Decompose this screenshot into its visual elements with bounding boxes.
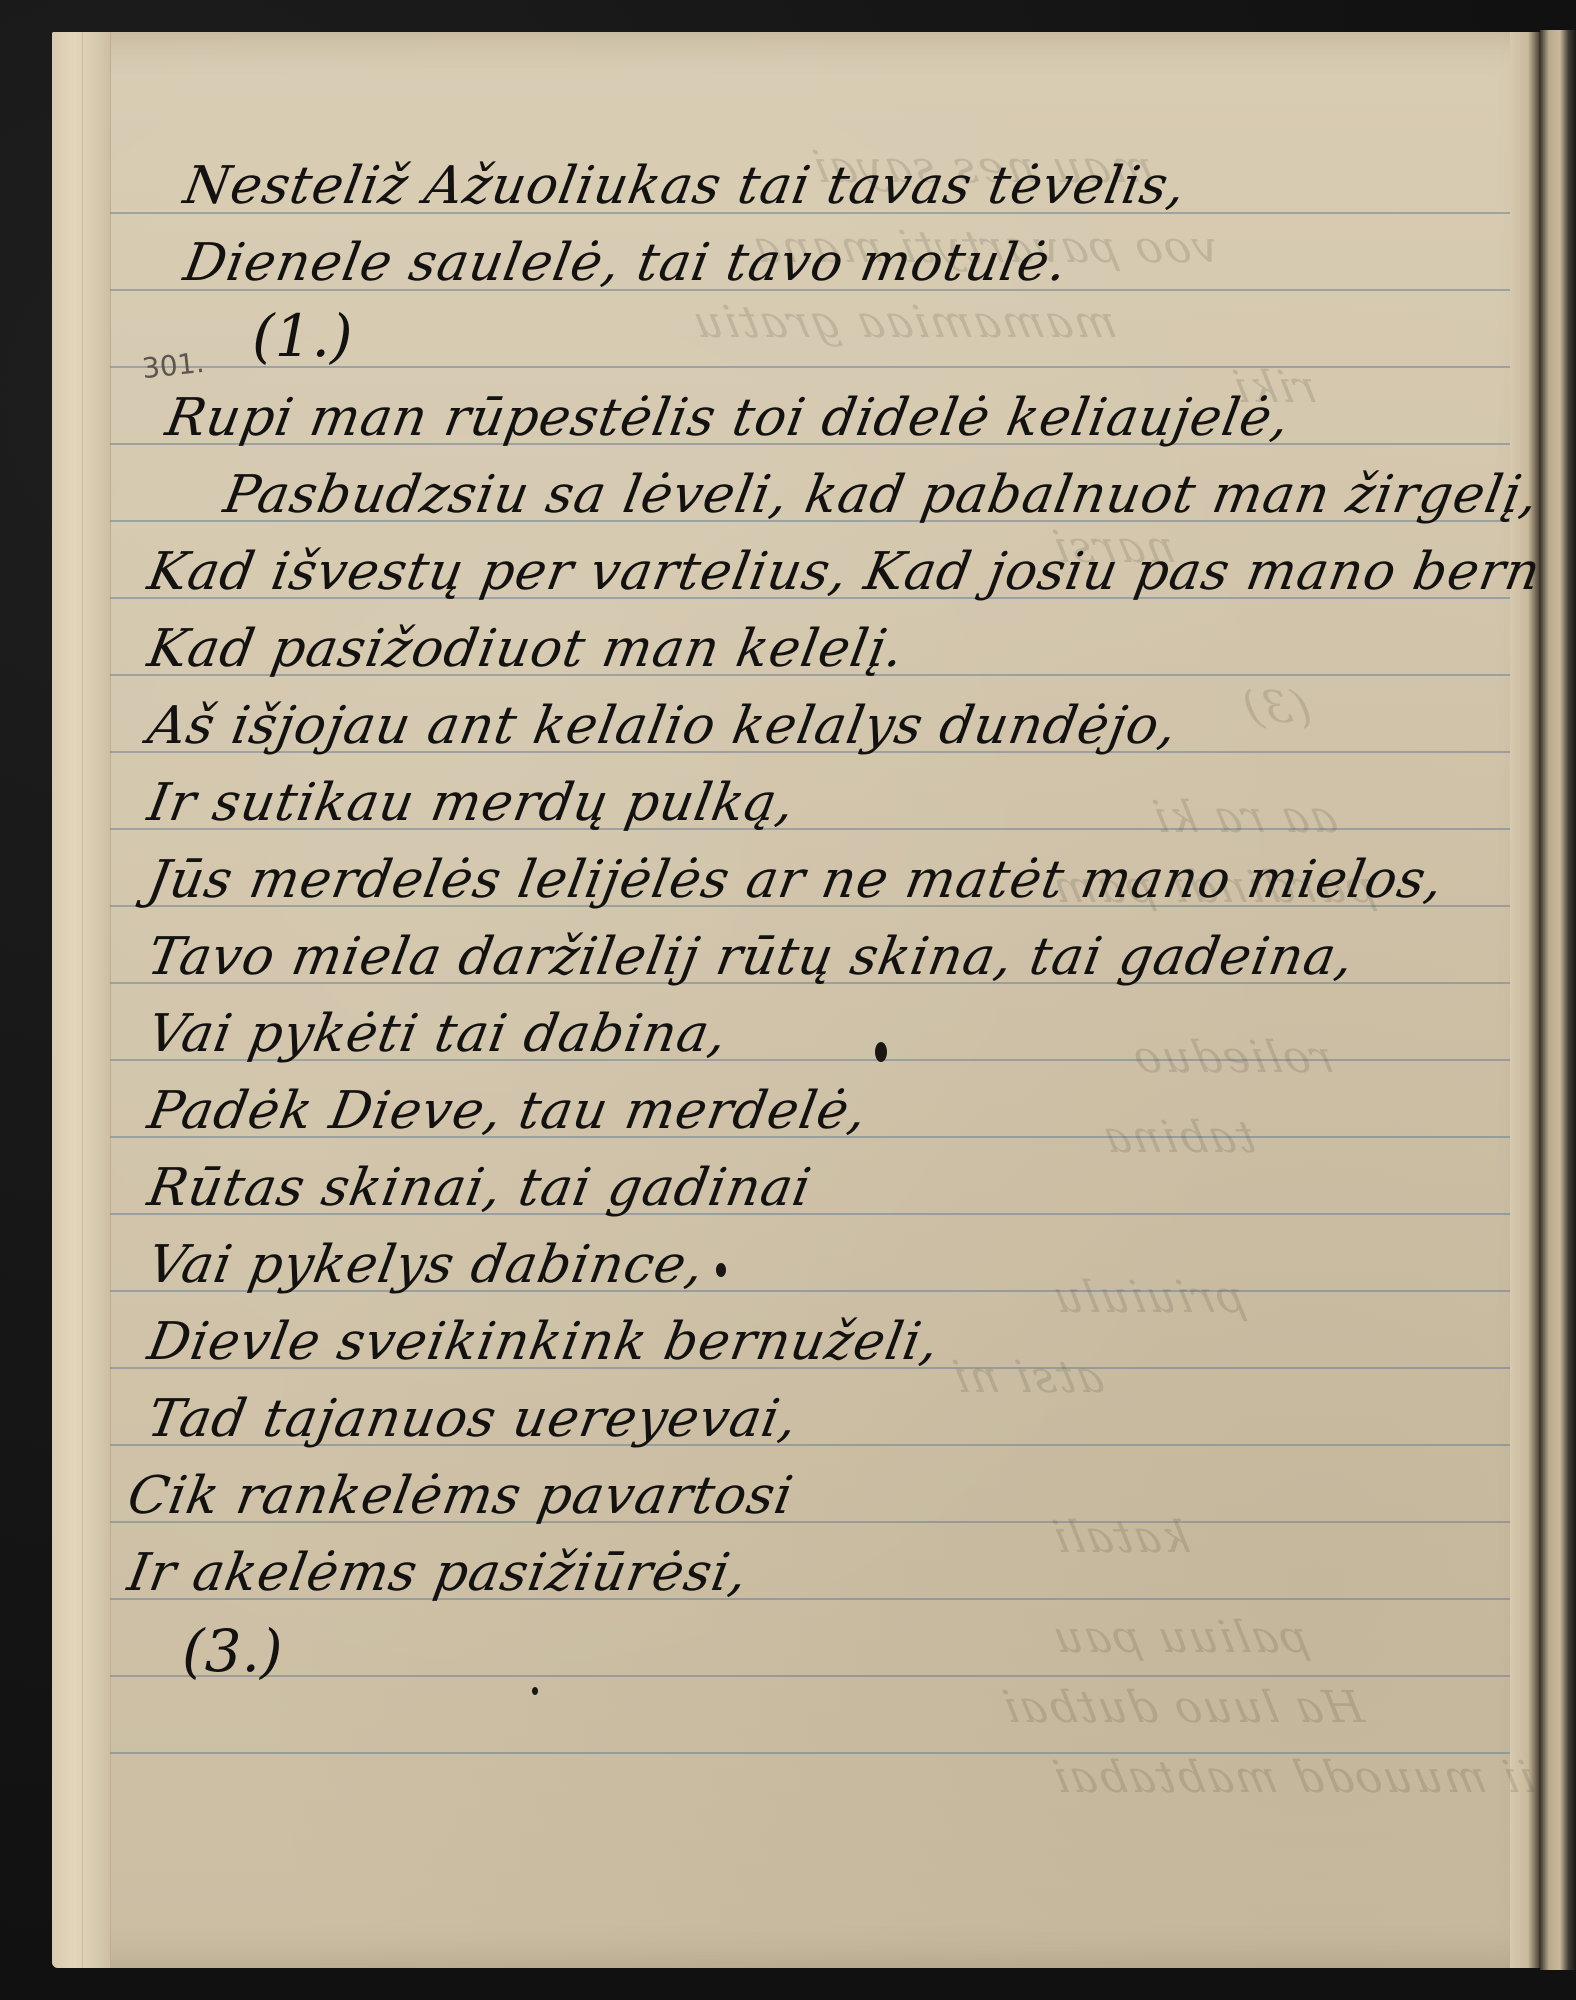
notebook-page: mau nes sayai voo pavartyti mana mamamia… — [52, 32, 1540, 1968]
song-line: Tad tajanuos uereyevai, — [144, 1393, 802, 1445]
song-line: Kad pasižodiuot man kelelį. — [144, 623, 908, 675]
song-line: Padėk Dieve, tau merdelė, — [144, 1085, 871, 1137]
song-line: Vai pykelys dabince, — [144, 1239, 708, 1291]
song-line: Cik rankelėms pavartosi — [124, 1470, 797, 1522]
intro-line-2: Dienele saulelė, tai tavo motulė. — [180, 237, 1072, 289]
ruled-line — [110, 1752, 1510, 1754]
song-line: Jūs merdelės lelijėlės ar ne matėt mano … — [144, 854, 1448, 906]
ink-blot — [875, 1042, 887, 1062]
song-line: Kad išvestų per vartelius, Kad josiu pas… — [144, 546, 1540, 598]
ruled-line — [110, 1675, 1510, 1677]
song-line: Pasbudzsiu sa lėveli, kad pabalnuot man … — [220, 469, 1540, 521]
intro-line-1: Nesteliž Ažuoliukas tai tavas tėvelis, — [180, 160, 1190, 212]
song-line: Rupi man rūpestėlis toi didelė keliaujel… — [162, 392, 1294, 444]
page-margin-fold — [52, 32, 111, 1968]
song-line: Dievle sveikinkink bernuželi, — [144, 1316, 943, 1368]
song-line: Rūtas skinai, tai gadinai — [144, 1162, 815, 1214]
stanza-marker-2: (3.) — [182, 1622, 283, 1680]
song-line: Aš išjojau ant kelalio kelalys dundėjo, — [144, 700, 1181, 752]
scanned-document: mau nes sayai voo pavartyti mana mamamia… — [0, 0, 1576, 2000]
page-number: 301. — [141, 349, 206, 383]
notebook-binding — [1540, 30, 1576, 1970]
song-line: Ir akelėms pasižiūrėsi, — [124, 1547, 752, 1599]
page-right-edge — [1510, 32, 1540, 1968]
song-line: Tavo miela daržilelij rūtų skina, tai ga… — [144, 931, 1358, 983]
song-line: Vai pykėti tai dabina, — [144, 1008, 731, 1060]
ink-blot — [532, 1687, 538, 1695]
stanza-marker-1: (1.) — [252, 307, 353, 365]
song-line: Ir sutikau merdų pulką, — [144, 777, 799, 829]
ink-blot — [716, 1263, 726, 1277]
